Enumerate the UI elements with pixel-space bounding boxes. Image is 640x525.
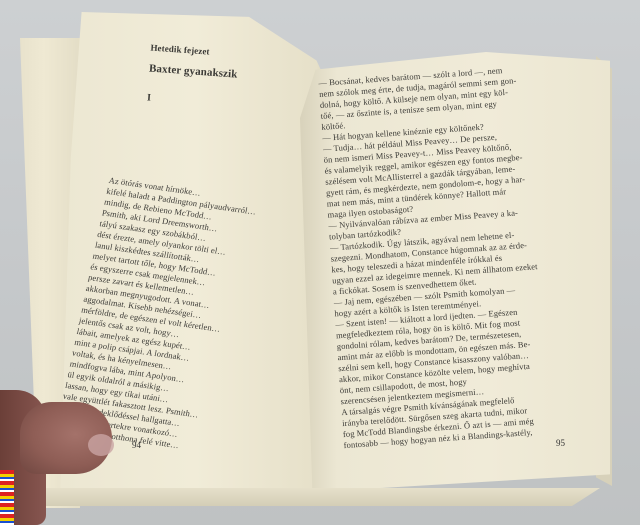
left-page-number: 94 xyxy=(132,440,141,450)
book-bottom-edge xyxy=(40,488,600,506)
thumbnail xyxy=(88,434,114,456)
thumb xyxy=(20,402,112,474)
right-page-body: — Bocsánat, kedves barátom — szólt a lor… xyxy=(318,61,593,452)
holding-hand xyxy=(0,380,110,525)
beaded-bracelet xyxy=(0,470,14,525)
section-number: I xyxy=(147,92,307,114)
right-page-number: 95 xyxy=(556,438,565,448)
left-page-heading: Hetedik fejezet Baxter gyanakszik I xyxy=(146,43,311,131)
chapter-title: Baxter gyanakszik xyxy=(149,63,309,85)
